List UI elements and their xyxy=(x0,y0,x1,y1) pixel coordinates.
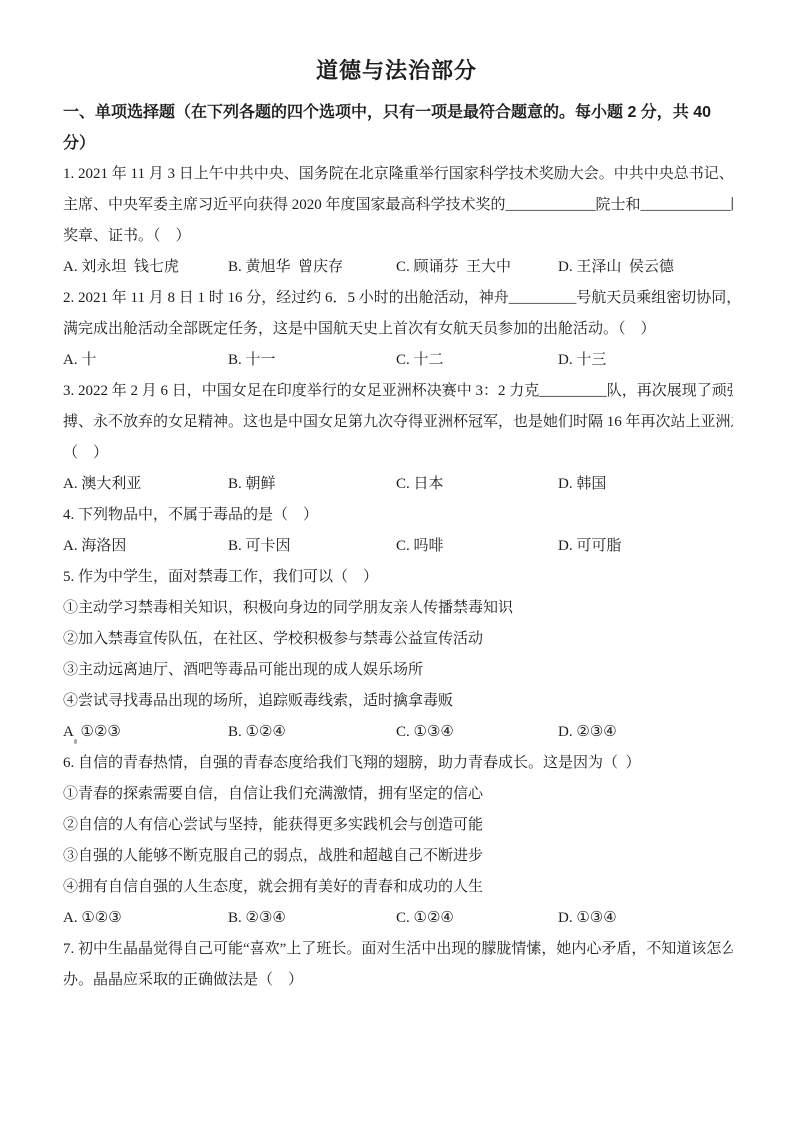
question-5-statement-4: ④尝试寻找毒品出现的场所，追踪贩毒线索，适时擒拿毒贩 xyxy=(63,686,733,717)
question-6-option-c: C. ①②④ xyxy=(396,903,558,934)
question-3-text-line-2: 搏、永不放弃的女足精神。这也是中国女足第九次夺得亚洲杯冠军，也是她们时隔 16 … xyxy=(63,407,733,438)
question-6-option-b: B. ②③④ xyxy=(228,903,396,934)
question-5: 5. 作为中学生，面对禁毒工作，我们可以（ ） ①主动学习禁毒相关知识，积极向身… xyxy=(63,562,733,748)
question-3-text-line-1: 3. 2022 年 2 月 6 日，中国女足在印度举行的女足亚洲杯决赛中 3：2… xyxy=(63,376,733,407)
question-6-options: A. ①②③ B. ②③④ C. ①②④ D. ①③④ xyxy=(63,903,733,934)
question-5-option-a: A ①②③ xyxy=(63,717,228,748)
question-4-options: A. 海洛因 B. 可卡因 C. 吗啡 D. 可可脂 xyxy=(63,531,733,562)
question-7-text-line-2: 办。晶晶应采取的正确做法是（ ） xyxy=(63,965,733,996)
question-3-option-a: A. 澳大利亚 xyxy=(63,469,228,500)
question-2-text-line-1: 2. 2021 年 11 月 8 日 1 时 16 分，经过约 6．5 小时的出… xyxy=(63,283,733,314)
question-6-option-d: D. ①③④ xyxy=(558,903,733,934)
exam-content: 一、单项选择题（在下列各题的四个选项中，只有一项是最符合题意的。每小题 2 分，… xyxy=(63,97,733,996)
question-1-option-c: C. 顾诵芬 王大中 xyxy=(396,252,558,283)
question-1-option-b: B. 黄旭华 曾庆存 xyxy=(228,252,396,283)
question-2-options: A. 十 B. 十一 C. 十二 D. 十三 xyxy=(63,345,733,376)
question-3-text-line-3: （ ） xyxy=(63,438,733,469)
exam-page: 道德与法治部分 一、单项选择题（在下列各题的四个选项中，只有一项是最符合题意的。… xyxy=(0,0,793,1122)
question-5-option-b: B. ①②④ xyxy=(228,717,396,748)
question-2-option-c: C. 十二 xyxy=(396,345,558,376)
question-3-options: A. 澳大利亚 B. 朝鲜 C. 日本 D. 韩国 xyxy=(63,469,733,500)
question-2: 2. 2021 年 11 月 8 日 1 时 16 分，经过约 6．5 小时的出… xyxy=(63,283,733,376)
question-2-option-d: D. 十三 xyxy=(558,345,733,376)
section-header-line-1: 一、单项选择题（在下列各题的四个选项中，只有一项是最符合题意的。每小题 2 分，… xyxy=(63,97,733,128)
question-6-text-line-1: 6. 自信的青春热情，自强的青春态度给我们飞翔的翅膀，助力青春成长。这是因为（ … xyxy=(63,748,733,779)
question-2-text-line-2: 满完成出舱活动全部既定任务，这是中国航天史上首次有女航天员参加的出舱活动。（ ） xyxy=(63,314,733,345)
question-4-option-b: B. 可卡因 xyxy=(228,531,396,562)
question-6-statement-1: ①青春的探索需要自信，自信让我们充满激情，拥有坚定的信心 xyxy=(63,779,733,810)
question-6-statement-3: ③自强的人能够不断克服自己的弱点，战胜和超越自己不断进步 xyxy=(63,841,733,872)
question-1-text-line-3: 奖章、证书。（ ） xyxy=(63,221,733,252)
question-6-statement-2: ②自信的人有信心尝试与坚持，能获得更多实践机会与创造可能 xyxy=(63,810,733,841)
question-1-text-line-1: 1. 2021 年 11 月 3 日上午中共中央、国务院在北京隆重举行国家科学技… xyxy=(63,159,733,190)
question-2-option-a: A. 十 xyxy=(63,345,228,376)
question-3: 3. 2022 年 2 月 6 日，中国女足在印度举行的女足亚洲杯决赛中 3：2… xyxy=(63,376,733,500)
question-5-option-c: C. ①③④ xyxy=(396,717,558,748)
question-5-options: A ①②③ B. ①②④ C. ①③④ D. ②③④ xyxy=(63,717,733,748)
question-4-option-a: A. 海洛因 xyxy=(63,531,228,562)
question-1-text-line-2: 主席、中央军委主席习近平向获得 2020 年度国家最高科学技术奖的_______… xyxy=(63,190,733,221)
question-1-options: A. 刘永坦 钱七虎 B. 黄旭华 曾庆存 C. 顾诵芬 王大中 D. 王泽山 … xyxy=(63,252,733,283)
question-5-statement-3: ③主动远离迪厅、酒吧等毒品可能出现的成人娱乐场所 xyxy=(63,655,733,686)
question-3-option-b: B. 朝鲜 xyxy=(228,469,396,500)
question-3-option-c: C. 日本 xyxy=(396,469,558,500)
question-1-option-a: A. 刘永坦 钱七虎 xyxy=(63,252,228,283)
question-3-option-d: D. 韩国 xyxy=(558,469,733,500)
question-4-text-line-1: 4. 下列物品中，不属于毒品的是（ ） xyxy=(63,500,733,531)
question-5-text-line-1: 5. 作为中学生，面对禁毒工作，我们可以（ ） xyxy=(63,562,733,593)
section-header: 一、单项选择题（在下列各题的四个选项中，只有一项是最符合题意的。每小题 2 分，… xyxy=(63,97,733,159)
question-4-option-d: D. 可可脂 xyxy=(558,531,733,562)
question-1: 1. 2021 年 11 月 3 日上午中共中央、国务院在北京隆重举行国家科学技… xyxy=(63,159,733,283)
question-5-statement-2: ②加入禁毒宣传队伍，在社区、学校积极参与禁毒公益宣传活动 xyxy=(63,624,733,655)
section-header-line-2: 分） xyxy=(63,128,733,159)
stray-mark xyxy=(74,739,77,744)
question-6: 6. 自信的青春热情，自强的青春态度给我们飞翔的翅膀，助力青春成长。这是因为（ … xyxy=(63,748,733,934)
question-6-statement-4: ④拥有自信自强的人生态度，就会拥有美好的青春和成功的人生 xyxy=(63,872,733,903)
page-title: 道德与法治部分 xyxy=(0,0,793,85)
question-2-option-b: B. 十一 xyxy=(228,345,396,376)
question-7: 7. 初中生晶晶觉得自己可能“喜欢”上了班长。面对生活中出现的朦胧情愫，她内心矛… xyxy=(63,934,733,996)
question-4: 4. 下列物品中，不属于毒品的是（ ） A. 海洛因 B. 可卡因 C. 吗啡 … xyxy=(63,500,733,562)
question-1-option-d: D. 王泽山 侯云德 xyxy=(558,252,733,283)
question-7-text-line-1: 7. 初中生晶晶觉得自己可能“喜欢”上了班长。面对生活中出现的朦胧情愫，她内心矛… xyxy=(63,934,733,965)
question-5-statement-1: ①主动学习禁毒相关知识，积极向身边的同学朋友亲人传播禁毒知识 xyxy=(63,593,733,624)
question-4-option-c: C. 吗啡 xyxy=(396,531,558,562)
question-5-option-d: D. ②③④ xyxy=(558,717,733,748)
question-6-option-a: A. ①②③ xyxy=(63,903,228,934)
